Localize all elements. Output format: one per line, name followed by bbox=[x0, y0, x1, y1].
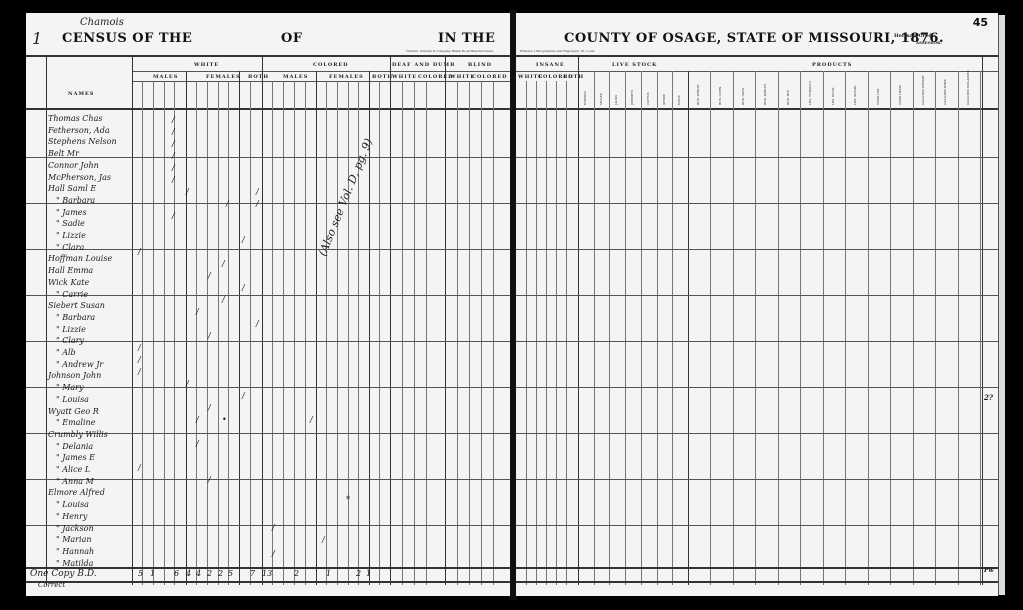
product-column-header: LBS. SUGAR bbox=[853, 86, 857, 105]
census-name-entry: " Clara bbox=[56, 243, 84, 252]
column-line bbox=[445, 55, 446, 585]
tally-mark: / bbox=[272, 549, 275, 558]
column-line bbox=[733, 71, 734, 585]
assessor-title: ASSESSOR. bbox=[916, 40, 942, 45]
table-header-bottom-rule bbox=[26, 108, 510, 110]
tally-mark: / bbox=[172, 163, 175, 172]
column-line bbox=[868, 71, 869, 585]
totals-bottom-rule bbox=[26, 581, 510, 583]
product-column-header: BUS. RYE bbox=[786, 90, 790, 105]
row-group-rule bbox=[516, 479, 998, 480]
census-name-entry: " Lizzie bbox=[56, 325, 86, 334]
column-line bbox=[845, 71, 846, 585]
tally-mark: / bbox=[310, 415, 313, 424]
census-name-entry: Hall Emma bbox=[48, 266, 93, 275]
column-line bbox=[132, 55, 133, 585]
names-column-header: NAMES bbox=[68, 91, 94, 97]
insane-header: INSANE bbox=[536, 62, 565, 68]
column-line bbox=[755, 71, 756, 585]
tally-mark: / bbox=[272, 523, 275, 532]
totals-top-rule bbox=[516, 567, 998, 569]
census-name-entry: " Matilda bbox=[56, 559, 93, 568]
insane-both-header: BOTH bbox=[563, 74, 584, 80]
census-name-entry: " Alb bbox=[56, 348, 76, 357]
column-line bbox=[262, 55, 263, 585]
totals-value: 6 bbox=[174, 569, 179, 578]
publisher-line-right: Printers, Lithographers and Engravers, S… bbox=[520, 49, 594, 53]
totals-value: 5 bbox=[228, 569, 233, 578]
row-group-rule bbox=[26, 203, 510, 204]
column-line bbox=[186, 71, 187, 585]
totals-value: 1 bbox=[366, 569, 371, 578]
tally-mark: / bbox=[138, 355, 141, 364]
tally-mark: / bbox=[208, 271, 211, 280]
totals-value: 5 bbox=[138, 569, 143, 578]
totals-value: 7 bbox=[250, 569, 255, 578]
livestock-column-header: MULES bbox=[599, 93, 603, 105]
row-group-rule bbox=[26, 341, 510, 342]
row-group-rule bbox=[26, 295, 510, 296]
livestock-column-header: JENNETS bbox=[630, 90, 634, 105]
column-line bbox=[641, 71, 642, 585]
census-name-entry: " Lizzie bbox=[56, 231, 86, 240]
census-name-entry: " Sadie bbox=[56, 219, 85, 228]
white-males-header: MALES bbox=[153, 74, 178, 80]
left-page: 1 Chamois CENSUS OF THE OF IN THE Tremli… bbox=[26, 13, 510, 596]
product-column-header: BUS. WHEAT bbox=[696, 85, 700, 105]
row-group-rule bbox=[516, 387, 998, 388]
tally-mark: / bbox=[322, 535, 325, 544]
census-name-entry: " Louisa bbox=[56, 500, 89, 509]
census-title-prefix: CENSUS OF THE bbox=[62, 31, 192, 46]
row-group-rule bbox=[516, 249, 998, 250]
product-column-header: TONS HAY bbox=[876, 88, 880, 105]
totals-value: 4 bbox=[186, 569, 191, 578]
census-name-entry: " Mary bbox=[56, 383, 84, 392]
tally-mark: / bbox=[242, 391, 245, 400]
totals-value: 2 bbox=[207, 569, 212, 578]
colored-males-header: MALES bbox=[283, 74, 308, 80]
census-name-entry: " Delania bbox=[56, 442, 93, 451]
products-header: PRODUCTS bbox=[812, 62, 852, 68]
row-group-rule bbox=[516, 157, 998, 158]
column-line bbox=[594, 71, 595, 585]
livestock-column-header: CATTLE bbox=[646, 92, 650, 105]
census-name-entry: Stephens Nelson bbox=[48, 137, 117, 146]
census-name-entry: Hoffman Louise bbox=[48, 254, 112, 263]
column-line bbox=[800, 71, 801, 585]
product-column-header: TONS HEMP bbox=[898, 85, 902, 105]
blind-colored-header: COLORED bbox=[472, 74, 508, 80]
margin-mark: Pw bbox=[984, 567, 994, 574]
tally-mark: / bbox=[172, 127, 175, 136]
census-name-entry: Wick Kate bbox=[48, 278, 89, 287]
column-line bbox=[890, 71, 891, 585]
footer-note: One Copy B.D. bbox=[30, 569, 97, 579]
row-group-rule bbox=[26, 387, 510, 388]
census-name-entry: Elmore Alfred bbox=[48, 488, 105, 497]
tally-mark: / bbox=[186, 379, 189, 388]
column-line bbox=[688, 71, 689, 585]
deaf-white-header: WHITE bbox=[392, 74, 417, 80]
tally-mark: / bbox=[208, 331, 211, 340]
totals-value: 13 bbox=[262, 569, 272, 578]
row-group-rule bbox=[26, 157, 510, 158]
census-name-entry: " Jackson bbox=[56, 524, 94, 533]
census-name-entry: " James bbox=[56, 208, 87, 217]
census-name-entry: Johnson John bbox=[48, 371, 101, 380]
tally-mark: / bbox=[172, 211, 175, 220]
totals-value: 2 bbox=[356, 569, 361, 578]
census-name-entry: " Barbara bbox=[56, 313, 95, 322]
product-column-header: BUS. BARLEY bbox=[763, 84, 767, 105]
totals-value: 1 bbox=[326, 569, 331, 578]
census-title-in-the: IN THE bbox=[438, 31, 495, 46]
blind-header: BLIND bbox=[468, 62, 492, 68]
product-column-header: GALLONS MOLASSES bbox=[966, 70, 970, 105]
column-line bbox=[913, 71, 914, 585]
column-line bbox=[778, 71, 779, 585]
product-column-header: GALLONS WINE bbox=[943, 79, 947, 105]
livestock-column-header: JACKS bbox=[614, 95, 618, 105]
tally-mark: / bbox=[196, 439, 199, 448]
census-name-entry: " James E bbox=[56, 453, 95, 462]
column-line bbox=[672, 71, 673, 585]
row-group-rule bbox=[26, 525, 510, 526]
row-group-rule bbox=[516, 433, 998, 434]
header-rule bbox=[516, 55, 998, 57]
footer-note-correct: Correct bbox=[38, 581, 65, 589]
tally-mark: / bbox=[256, 187, 259, 196]
census-name-entry: Siebert Susan bbox=[48, 301, 105, 310]
tally-mark: / bbox=[196, 307, 199, 316]
totals-value: 1 bbox=[150, 569, 155, 578]
livestock-column-header: HORSES bbox=[583, 91, 587, 105]
livestock-header: LIVE STOCK bbox=[612, 62, 657, 68]
tally-mark: / bbox=[226, 199, 229, 208]
handwritten-place: Chamois bbox=[80, 17, 124, 28]
product-column-header: GALLONS WHISKY bbox=[921, 75, 925, 105]
census-name-entry: Thomas Chas bbox=[48, 114, 102, 123]
tally-mark: / bbox=[208, 475, 211, 484]
tally-mark: / bbox=[138, 343, 141, 352]
totals-value: 4 bbox=[196, 569, 201, 578]
column-line bbox=[390, 55, 391, 585]
county-title: COUNTY OF OSAGE, STATE OF MISSOURI, 1876… bbox=[564, 31, 944, 46]
tally-mark: / bbox=[242, 283, 245, 292]
column-line bbox=[982, 55, 983, 585]
census-name-entry: " Hannah bbox=[56, 547, 94, 556]
totals-bottom-rule bbox=[516, 581, 998, 583]
totals-value: 2 bbox=[294, 569, 299, 578]
column-line bbox=[625, 71, 626, 585]
tally-mark: • bbox=[222, 415, 227, 424]
assessor-name: Herman Credo, bbox=[894, 33, 937, 39]
row-group-rule bbox=[26, 479, 510, 480]
tally-mark: / bbox=[172, 139, 175, 148]
census-name-entry: " Carrie bbox=[56, 290, 88, 299]
white-females-header: FEMALES bbox=[206, 74, 241, 80]
colored-group-header: COLORED bbox=[313, 62, 349, 68]
census-name-entry: " Clary bbox=[56, 336, 84, 345]
product-column-header: BUS. CORN bbox=[718, 87, 722, 105]
census-name-entry: McPherson, Jas bbox=[48, 173, 111, 182]
row-group-rule bbox=[516, 341, 998, 342]
product-column-header: LBS. WOOL bbox=[831, 87, 835, 105]
census-name-entry: Fetherson, Ada bbox=[48, 126, 110, 135]
subheader-rule bbox=[132, 71, 510, 72]
tally-mark: / bbox=[138, 367, 141, 376]
white-both-header: BOTH bbox=[248, 74, 269, 80]
column-line bbox=[609, 71, 610, 585]
tally-mark: / bbox=[196, 415, 199, 424]
tally-mark: / bbox=[172, 175, 175, 184]
corner-mark: 1 bbox=[32, 29, 42, 48]
colored-females-header: FEMALES bbox=[329, 74, 364, 80]
census-name-entry: " Louisa bbox=[56, 395, 89, 404]
tally-mark: / bbox=[222, 259, 225, 268]
census-name-entry: " Emaline bbox=[56, 418, 95, 427]
census-name-entry: " Anna M bbox=[56, 477, 94, 486]
row-group-rule bbox=[516, 295, 998, 296]
tally-mark: * bbox=[346, 495, 350, 504]
census-title-of: OF bbox=[281, 31, 303, 46]
page-edge bbox=[998, 15, 1005, 595]
column-line bbox=[578, 55, 579, 585]
tally-mark: / bbox=[138, 463, 141, 472]
column-line bbox=[958, 71, 959, 585]
tally-mark: / bbox=[172, 151, 175, 160]
census-name-entry: " Barbara bbox=[56, 196, 95, 205]
livestock-column-header: HOGS bbox=[677, 95, 681, 105]
white-group-header: WHITE bbox=[194, 62, 219, 68]
column-line bbox=[239, 71, 240, 585]
census-name-entry: " Andrew Jr bbox=[56, 360, 103, 369]
livestock-column-header: SHEEP bbox=[662, 94, 666, 105]
tally-mark: / bbox=[256, 199, 259, 208]
publisher-line: Tremlin, Schwab & Company, Blank Book Ma… bbox=[406, 49, 493, 53]
census-name-entry: Hall Saml E bbox=[48, 184, 96, 193]
tally-mark: / bbox=[138, 247, 141, 256]
column-line bbox=[935, 71, 936, 585]
census-name-entry: " Alice L bbox=[56, 465, 90, 474]
header-rule bbox=[26, 55, 510, 57]
margin-note: (Also see Vol. D, pg. 9) bbox=[316, 137, 375, 258]
census-name-entry: " Marian bbox=[56, 535, 92, 544]
subheader-rule bbox=[132, 81, 510, 82]
census-name-entry: Crumbly Willis bbox=[48, 430, 108, 439]
census-name-entry: Connor John bbox=[48, 161, 99, 170]
census-name-entry: Belt Mr bbox=[48, 149, 79, 158]
tally-mark: / bbox=[242, 235, 245, 244]
row-group-rule bbox=[516, 525, 998, 526]
census-name-entry: Wyatt Geo R bbox=[48, 407, 99, 416]
product-column-header: LBS. TOBACCO bbox=[808, 81, 812, 105]
page-number: 45 bbox=[973, 16, 988, 29]
row-group-rule bbox=[516, 203, 998, 204]
margin-mark: 2? bbox=[984, 393, 993, 402]
column-line bbox=[46, 55, 47, 585]
tally-mark: / bbox=[172, 115, 175, 124]
totals-value: 2 bbox=[218, 569, 223, 578]
census-name-entry: " Henry bbox=[56, 512, 87, 521]
tally-mark: / bbox=[256, 319, 259, 328]
column-line bbox=[710, 71, 711, 585]
tally-mark: / bbox=[186, 187, 189, 196]
table-header-bottom-rule bbox=[516, 108, 998, 110]
column-line bbox=[823, 71, 824, 585]
row-group-rule bbox=[26, 249, 510, 250]
tally-mark: / bbox=[222, 295, 225, 304]
product-column-header: BUS. OATS bbox=[741, 88, 745, 105]
tally-mark: / bbox=[208, 403, 211, 412]
subheader-rule bbox=[516, 71, 998, 72]
column-line bbox=[657, 71, 658, 585]
deaf-colored-header: COLORED bbox=[418, 74, 454, 80]
column-line bbox=[316, 71, 317, 585]
right-page: 45 COUNTY OF OSAGE, STATE OF MISSOURI, 1… bbox=[516, 13, 998, 596]
